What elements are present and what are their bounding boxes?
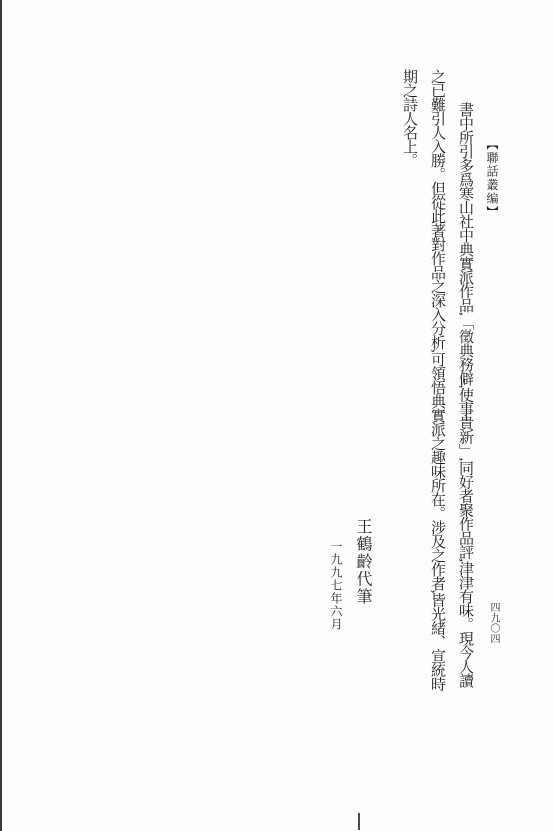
signature-date: 一九九七年六月 <box>328 540 343 631</box>
bottom-tick-mark <box>358 813 360 830</box>
body-text-column-3: 期之詩人名上。 <box>399 69 418 167</box>
page-edge-line <box>0 0 2 831</box>
running-head-volume-title: 【聯話叢编】 <box>485 138 499 219</box>
scanned-book-page: 【聯話叢编】 書中所引多爲寒山社中典實派作品,「徵典務僻,使事貴新」,同好者聚作… <box>0 0 554 831</box>
signature-name: 王鶴齡代筆 <box>352 518 372 606</box>
body-text-column-1: 書中所引多爲寒山社中典實派作品,「徵典務僻,使事貴新」,同好者聚作品評,津津有味… <box>455 102 474 687</box>
page-number: 四九〇四 <box>487 602 499 644</box>
body-text-column-2: 之已難引人入勝。但從此著對作品之深入分析,可領悟典實派之趣味所在。涉及之作者,皆… <box>427 69 446 691</box>
